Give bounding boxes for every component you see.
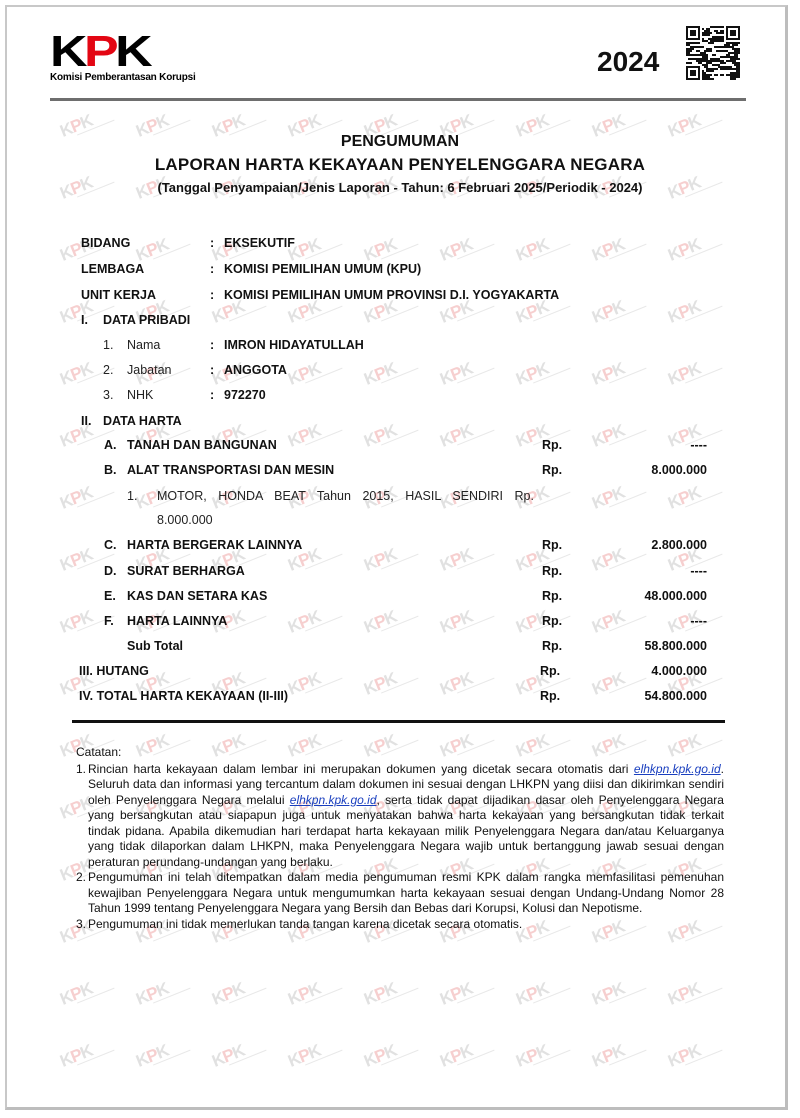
harta-currency: Rp. [542, 614, 562, 628]
lembaga-value: KOMISI PEMILIHAN UMUM (KPU) [224, 262, 421, 277]
section-heading-data-harta: DATA HARTA [103, 414, 182, 429]
report-year: 2024 [597, 46, 659, 78]
note-item: 2. Pengumuman ini telah ditempatkan dala… [76, 870, 724, 917]
kpk-logo: KPK Komisi Pemberantasan Korupsi [50, 32, 196, 83]
pribadi-colon: : [210, 338, 214, 353]
hutang-amount: 4.000.000 [651, 664, 707, 678]
harta-amount-bergerak-lainnya: 2.800.000 [651, 538, 707, 552]
pribadi-num: 3. [103, 388, 113, 403]
header-divider [50, 98, 746, 101]
unit-kerja-colon: : [210, 288, 214, 303]
harta-label-kas: KAS DAN SETARA KAS [127, 589, 267, 604]
section-heading-data-pribadi: DATA PRIBADI [103, 313, 190, 328]
pribadi-value-nhk: 972270 [224, 388, 266, 403]
harta-amount-lainnya: ---- [690, 614, 707, 628]
note-text: Pengumuman ini tidak memerlukan tanda ta… [88, 917, 724, 933]
notes-section: Catatan: 1. Rincian harta kekayaan dalam… [76, 745, 724, 932]
announcement-document: KPK Komisi Pemberantasan Korupsi 2024 PE… [0, 0, 800, 1118]
harta-amount-kas: 48.000.000 [644, 589, 707, 603]
pribadi-label-nhk: NHK [127, 388, 153, 403]
note-text: Rincian harta kekayaan dalam lembar ini … [88, 762, 724, 871]
report-date-type: (Tanggal Penyampaian/Jenis Laporan - Tah… [0, 180, 800, 195]
note-num: 3. [76, 917, 88, 933]
harta-label-bergerak-lainnya: HARTA BERGERAK LAINNYA [127, 538, 302, 553]
vehicle-item-num: 1. [127, 489, 137, 504]
page-title: PENGUMUMAN [0, 133, 800, 151]
bidang-value: EKSEKUTIF [224, 236, 295, 251]
subtotal-amount: 58.800.000 [644, 639, 707, 653]
harta-label-lainnya: HARTA LAINNYA [127, 614, 227, 629]
pribadi-colon: : [210, 363, 214, 378]
hutang-label: III. HUTANG [79, 664, 149, 679]
harta-currency: Rp. [542, 538, 562, 552]
harta-letter: D. [104, 564, 117, 579]
total-amount: 54.800.000 [644, 689, 707, 703]
vehicle-item-desc: MOTOR, HONDA BEAT Tahun 2015, HASIL SEND… [157, 489, 534, 504]
hutang-currency: Rp. [540, 664, 560, 678]
bidang-colon: : [210, 236, 214, 251]
lembaga-label: LEMBAGA [81, 262, 144, 277]
section-num-pribadi: I. [81, 313, 88, 328]
pribadi-num: 2. [103, 363, 113, 378]
pribadi-num: 1. [103, 338, 113, 353]
subtotal-currency: Rp. [542, 639, 562, 653]
pribadi-label-jabatan: Jabatan [127, 363, 171, 378]
harta-label-surat-berharga: SURAT BERHARGA [127, 564, 245, 579]
pribadi-value-jabatan: ANGGOTA [224, 363, 287, 378]
harta-letter: A. [104, 438, 117, 453]
section-num-harta: II. [81, 414, 91, 429]
unit-kerja-value: KOMISI PEMILIHAN UMUM PROVINSI D.I. YOGY… [224, 288, 559, 303]
notes-divider [72, 720, 725, 723]
note-item: 3. Pengumuman ini tidak memerlukan tanda… [76, 917, 724, 933]
lembaga-colon: : [210, 262, 214, 277]
kpk-logo-mark: KPK [50, 32, 222, 72]
note-num: 2. [76, 870, 88, 917]
note-item: 1. Rincian harta kekayaan dalam lembar i… [76, 762, 724, 871]
bidang-label: BIDANG [81, 236, 130, 251]
harta-label-tanah-bangunan: TANAH DAN BANGUNAN [127, 438, 277, 453]
harta-letter: B. [104, 463, 117, 478]
notes-heading: Catatan: [76, 745, 724, 761]
pribadi-label-nama: Nama [127, 338, 160, 353]
harta-letter: F. [104, 614, 114, 629]
pribadi-colon: : [210, 388, 214, 403]
note-num: 1. [76, 762, 88, 871]
note-text: Pengumuman ini telah ditempatkan dalam m… [88, 870, 724, 917]
harta-letter: E. [104, 589, 116, 604]
subtotal-label: Sub Total [127, 639, 183, 654]
elhkpn-link[interactable]: elhkpn.kpk.go.id [634, 762, 721, 776]
total-currency: Rp. [540, 689, 560, 703]
page-subtitle: LAPORAN HARTA KEKAYAAN PENYELENGGARA NEG… [0, 155, 800, 175]
elhkpn-link[interactable]: elhkpn.kpk.go.id [290, 793, 377, 807]
harta-currency: Rp. [542, 438, 562, 452]
harta-currency: Rp. [542, 564, 562, 578]
harta-amount-alat-transportasi: 8.000.000 [651, 463, 707, 477]
harta-amount-tanah-bangunan: ---- [690, 438, 707, 452]
harta-currency: Rp. [542, 589, 562, 603]
vehicle-item-amount: 8.000.000 [157, 513, 213, 528]
pribadi-value-nama: IMRON HIDAYATULLAH [224, 338, 364, 353]
total-label: IV. TOTAL HARTA KEKAYAAN (II-III) [79, 689, 288, 704]
harta-label-alat-transportasi: ALAT TRANSPORTASI DAN MESIN [127, 463, 334, 478]
harta-letter: C. [104, 538, 117, 553]
unit-kerja-label: UNIT KERJA [81, 288, 156, 303]
harta-currency: Rp. [542, 463, 562, 477]
qr-code-icon [686, 26, 740, 80]
harta-amount-surat-berharga: ---- [690, 564, 707, 578]
